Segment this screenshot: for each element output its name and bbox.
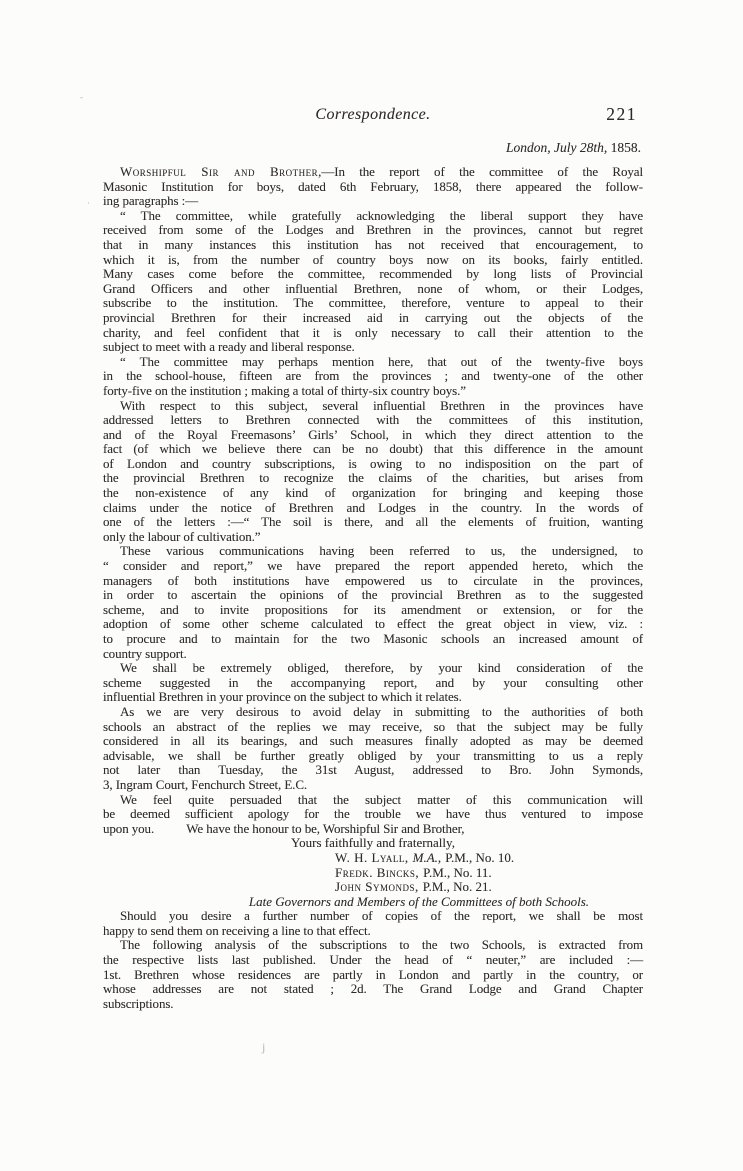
text-line: not later than Tuesday, the 31st August,… [103, 763, 643, 778]
text-line: addressed letters to Brethren connected … [103, 413, 643, 428]
scan-artifact-speck: - [80, 92, 83, 102]
text-line: claims under the notice of Brethren and … [103, 501, 643, 516]
text-line: country support. [103, 647, 643, 662]
text-line: 3, Ingram Court, Fenchurch Street, E.C. [103, 778, 643, 793]
scan-artifact-speck: · [87, 198, 90, 208]
paragraph-obliged: We shall be extremely obliged, therefore… [103, 661, 643, 705]
text-line: Many cases come before the committee, re… [103, 267, 643, 282]
paragraph-communications: These various communications having been… [103, 544, 643, 661]
text-line: happy to send them on receiving a line t… [103, 924, 643, 939]
text-line: that in many instances this institution … [103, 238, 643, 253]
page-header: Correspondence. 221 [103, 106, 643, 126]
scan-artifact-catchword: j [262, 1040, 265, 1055]
salutation: Worshipful Sir and Brother [120, 164, 318, 179]
signer-name-1: W. H. Lyall, [335, 850, 409, 865]
text-line: one of the letters :—“ The soil is there… [103, 515, 643, 530]
text-line: As we are very desirous to avoid delay i… [103, 705, 643, 720]
text-line: scheme, and to invite propositions for i… [103, 603, 643, 618]
text-line: With respect to this subject, several in… [103, 399, 643, 414]
paragraph-desirous: As we are very desirous to avoid delay i… [103, 705, 643, 793]
paragraph-analysis: The following analysis of the subscripti… [103, 938, 643, 1011]
signature-line-2: Fredk. Bincks,P.M., No. 11. [335, 866, 643, 881]
text-line: adoption of some other scheme calculated… [103, 617, 643, 632]
text-line: the provincial Brethren to recognize the… [103, 471, 643, 486]
signer-rank-2: P.M., No. 11. [423, 865, 492, 880]
text-line: upon you. We have the honour to be, Wors… [103, 822, 643, 837]
salutation-line-rest: ,—In the report of the committee of the … [318, 164, 643, 179]
dateline: London, July 28th, 1858. [103, 140, 643, 156]
text-line: to procure and to maintain for the two M… [103, 632, 643, 647]
letter-body: Worshipful Sir and Brother,—In the repor… [103, 165, 643, 1011]
text-line: only the labour of cultivation.” [103, 530, 643, 545]
text-line: influential Brethren in your province on… [103, 690, 643, 705]
text-line: charity, and feel confident that it is o… [103, 326, 643, 341]
signer-rank-1: P.M., No. 10. [445, 850, 514, 865]
text-line: These various communications having been… [103, 544, 643, 559]
text-line: in order to ascertain the opinions of th… [103, 588, 643, 603]
text-line: ing paragraphs :— [103, 194, 643, 209]
signature-line-1: W. H. Lyall,M.A.,P.M., No. 10. [335, 851, 643, 866]
signer-name-3: John Symonds, [335, 879, 419, 894]
salutation-line: Worshipful Sir and Brother,—In the repor… [103, 165, 643, 180]
text-line: in the school-house, fifteen are from th… [103, 369, 643, 384]
text-line: received from some of the Lodges and Bre… [103, 223, 643, 238]
text-column: Correspondence. 221 London, July 28th, 1… [103, 106, 643, 1011]
paragraph-quote-1: “ The committee, while gratefully acknow… [103, 209, 643, 355]
page-number: 221 [606, 104, 637, 125]
running-title: Correspondence. [103, 106, 643, 124]
text-line: “ consider and report,” we have prepared… [103, 559, 643, 574]
text-line: The following analysis of the subscripti… [103, 938, 643, 953]
paragraph-quote-2: “ The committee may perhaps mention here… [103, 355, 643, 399]
text-line: advisable, we shall be further greatly o… [103, 749, 643, 764]
text-line: Should you desire a further number of co… [103, 909, 643, 924]
text-line: Grand Officers and other influential Bre… [103, 282, 643, 297]
text-line: scheme suggested in the accompanying rep… [103, 676, 643, 691]
text-line: be deemed sufficient apology for the tro… [103, 807, 643, 822]
text-line: We shall be extremely obliged, therefore… [103, 661, 643, 676]
text-line: “ The committee, while gratefully acknow… [103, 209, 643, 224]
text-line: forty-five on the institution ; making a… [103, 384, 643, 399]
text-line: the respective lists last published. Und… [103, 953, 643, 968]
text-line: schools an abstract of the replies we ma… [103, 720, 643, 735]
text-line: subject to meet with a ready and liberal… [103, 340, 643, 355]
paragraph-persuaded: We feel quite persuaded that the subject… [103, 793, 643, 837]
text-line: “ The committee may perhaps mention here… [103, 355, 643, 370]
signer-degree-1: M.A., [413, 850, 442, 865]
signer-name-2: Fredk. Bincks, [335, 865, 419, 880]
text-line: the non-existence of any kind of organiz… [103, 486, 643, 501]
signature-note: Late Governors and Members of the Commit… [103, 895, 643, 910]
text-line: provincial Brethren for their increased … [103, 311, 643, 326]
dateline-year: 1858. [607, 140, 641, 155]
text-line: which it is, from the number of country … [103, 253, 643, 268]
text-line: subscriptions. [103, 997, 643, 1012]
dateline-place: London, July 28th, [506, 140, 607, 155]
text-line: We feel quite persuaded that the subject… [103, 793, 643, 808]
text-line: 1st. Brethren whose residences are partl… [103, 968, 643, 983]
paragraph-opening: Worshipful Sir and Brother,—In the repor… [103, 165, 643, 209]
paragraph-should-you: Should you desire a further number of co… [103, 909, 643, 938]
text-line: Masonic Institution for boys, dated 6th … [103, 180, 643, 195]
signature-line-3: John Symonds,P.M., No. 21. [335, 880, 643, 895]
text-line: and of the Royal Freemasons’ Girls’ Scho… [103, 428, 643, 443]
paragraph-with-respect: With respect to this subject, several in… [103, 399, 643, 545]
text-line: subscribe to the institution. The commit… [103, 296, 643, 311]
signer-rank-3: P.M., No. 21. [423, 879, 492, 894]
text-line: fact (of which we believe there can be n… [103, 442, 643, 457]
scanned-page: Correspondence. 221 London, July 28th, 1… [0, 0, 743, 1171]
text-line: whose addresses are not stated ; 2d. The… [103, 982, 643, 997]
text-line: of London and country subscriptions, is … [103, 457, 643, 472]
text-line: considered in all its bearings, and such… [103, 734, 643, 749]
closing-line: Yours faithfully and fraternally, [103, 836, 643, 851]
paragraph-opening-lines: Masonic Institution for boys, dated 6th … [103, 180, 643, 209]
text-line: managers of both institutions have empow… [103, 574, 643, 589]
